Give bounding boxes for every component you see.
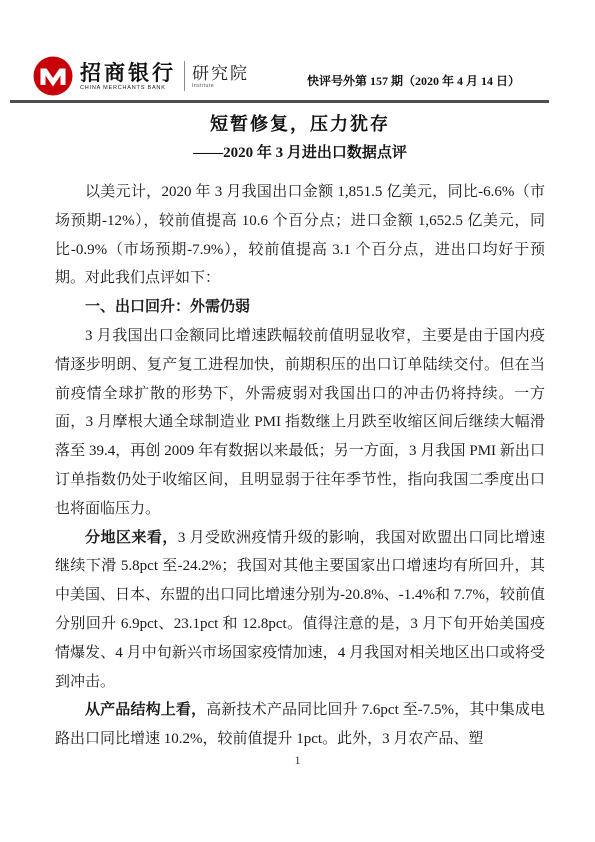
paragraph-by-region: 分地区来看，3 月受欧洲疫情升级的影响，我国对欧盟出口同比增速继续下滑 5.8p… bbox=[55, 524, 545, 697]
header-rule bbox=[10, 100, 549, 103]
cmb-logo-icon bbox=[33, 56, 73, 96]
paragraph-intro: 以美元计，2020 年 3 月我国出口金额 1,851.5 亿美元，同比-6.6… bbox=[55, 178, 545, 293]
page-subtitle: ——2020 年 3 月进出口数据点评 bbox=[55, 142, 545, 164]
institute-names: 研究院 Institute bbox=[192, 64, 249, 89]
paragraph-by-region-text: 3 月受欧洲疫情升级的影响，我国对欧盟出口同比增速继续下滑 5.8pct 至-2… bbox=[55, 530, 545, 690]
issue-info: 快评号外第 157 期（2020 年 4 月 14 日） bbox=[307, 72, 520, 89]
paragraph-by-product-lead: 从产品结构上看， bbox=[85, 702, 206, 718]
institute-name-cn: 研究院 bbox=[192, 64, 249, 83]
section-1-heading: 一、出口回升：外需仍弱 bbox=[55, 293, 545, 322]
document-content: 短暂修复，压力犹存 ——2020 年 3 月进出口数据点评 以美元计，2020 … bbox=[55, 112, 545, 754]
page-title: 短暂修复，压力犹存 bbox=[55, 112, 545, 136]
bank-name-en: CHINA MERCHANTS BANK bbox=[80, 85, 176, 91]
bank-names: 招商银行 CHINA MERCHANTS BANK bbox=[80, 62, 176, 91]
paragraph-by-product: 从产品结构上看，高新技术产品同比回升 7.6pct 至-7.5%，其中集成电路出… bbox=[55, 696, 545, 754]
bank-logo-block: 招商银行 CHINA MERCHANTS BANK 研究院 Institute bbox=[33, 56, 249, 96]
logo-divider bbox=[184, 61, 185, 91]
institute-name-en: Institute bbox=[192, 83, 249, 89]
page-number: 1 bbox=[0, 753, 595, 768]
bank-name-cn: 招商银行 bbox=[80, 62, 176, 85]
body-text: 以美元计，2020 年 3 月我国出口金额 1,851.5 亿美元，同比-6.6… bbox=[55, 178, 545, 754]
paragraph-export-rebound: 3 月我国出口金额同比增速跌幅较前值明显收窄，主要是由于国内疫情逐步明朗、复产复… bbox=[55, 322, 545, 524]
report-page: 招商银行 CHINA MERCHANTS BANK 研究院 Institute … bbox=[0, 0, 595, 842]
paragraph-by-region-lead: 分地区来看， bbox=[85, 530, 178, 546]
